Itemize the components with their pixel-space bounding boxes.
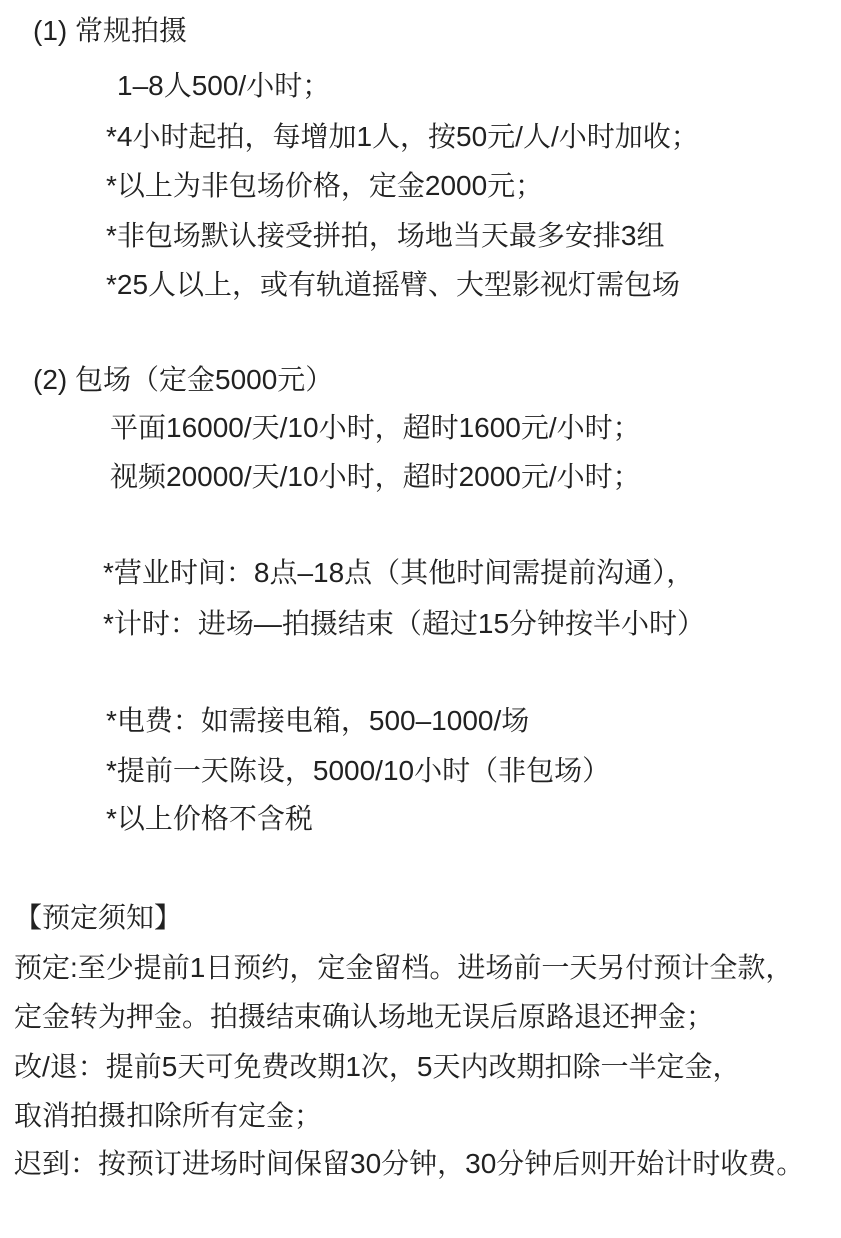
- section-2-line-early-setup: *提前一天陈设，5000/10小时（非包场）: [106, 755, 610, 787]
- pricing-notice-document: (1) 常规拍摄 1–8人500/小时； *4小时起拍，每增加1人，按50元/人…: [0, 0, 841, 1238]
- section-1-heading: (1) 常规拍摄: [33, 15, 187, 47]
- section-1-line-sharing: *非包场默认接受拼拍，场地当天最多安排3组: [106, 220, 664, 252]
- section-1-line-price: 1–8人500/小时；: [117, 70, 330, 102]
- notice-line-booking-1: 预定:至少提前1日预约，定金留档。进场前一天另付预计全款，: [14, 952, 793, 984]
- section-1-line-deposit: *以上为非包场价格，定金2000元；: [106, 170, 543, 202]
- section-2-heading: (2) 包场（定金5000元）: [33, 364, 333, 396]
- section-1-line-buyout-required: *25人以上，或有轨道摇臂、大型影视灯需包场: [106, 269, 680, 301]
- notice-line-late-arrival: 迟到：按预订进场时间保留30分钟，30分钟后则开始计时收费。: [14, 1148, 804, 1180]
- notice-heading: 【预定须知】: [14, 902, 182, 934]
- section-2-line-electricity: *电费：如需接电箱，500–1000/场: [106, 705, 529, 737]
- section-1-line-minimum: *4小时起拍，每增加1人，按50元/人/小时加收；: [106, 121, 699, 153]
- notice-line-booking-2: 定金转为押金。拍摄结束确认场地无误后原路退还押金；: [14, 1001, 714, 1033]
- section-2-line-photo-rate: 平面16000/天/10小时，超时1600元/小时；: [110, 412, 641, 444]
- section-2-line-timing: *计时：进场—拍摄结束（超过15分钟按半小时）: [103, 608, 705, 640]
- notice-line-reschedule-1: 改/退：提前5天可免费改期1次，5天内改期扣除一半定金，: [14, 1051, 741, 1083]
- section-2-line-video-rate: 视频20000/天/10小时，超时2000元/小时；: [110, 461, 641, 493]
- notice-line-reschedule-2: 取消拍摄扣除所有定金；: [14, 1100, 322, 1132]
- section-2-line-tax: *以上价格不含税: [106, 803, 313, 835]
- section-2-line-business-hours: *营业时间：8点–18点（其他时间需提前沟通），: [103, 557, 694, 589]
